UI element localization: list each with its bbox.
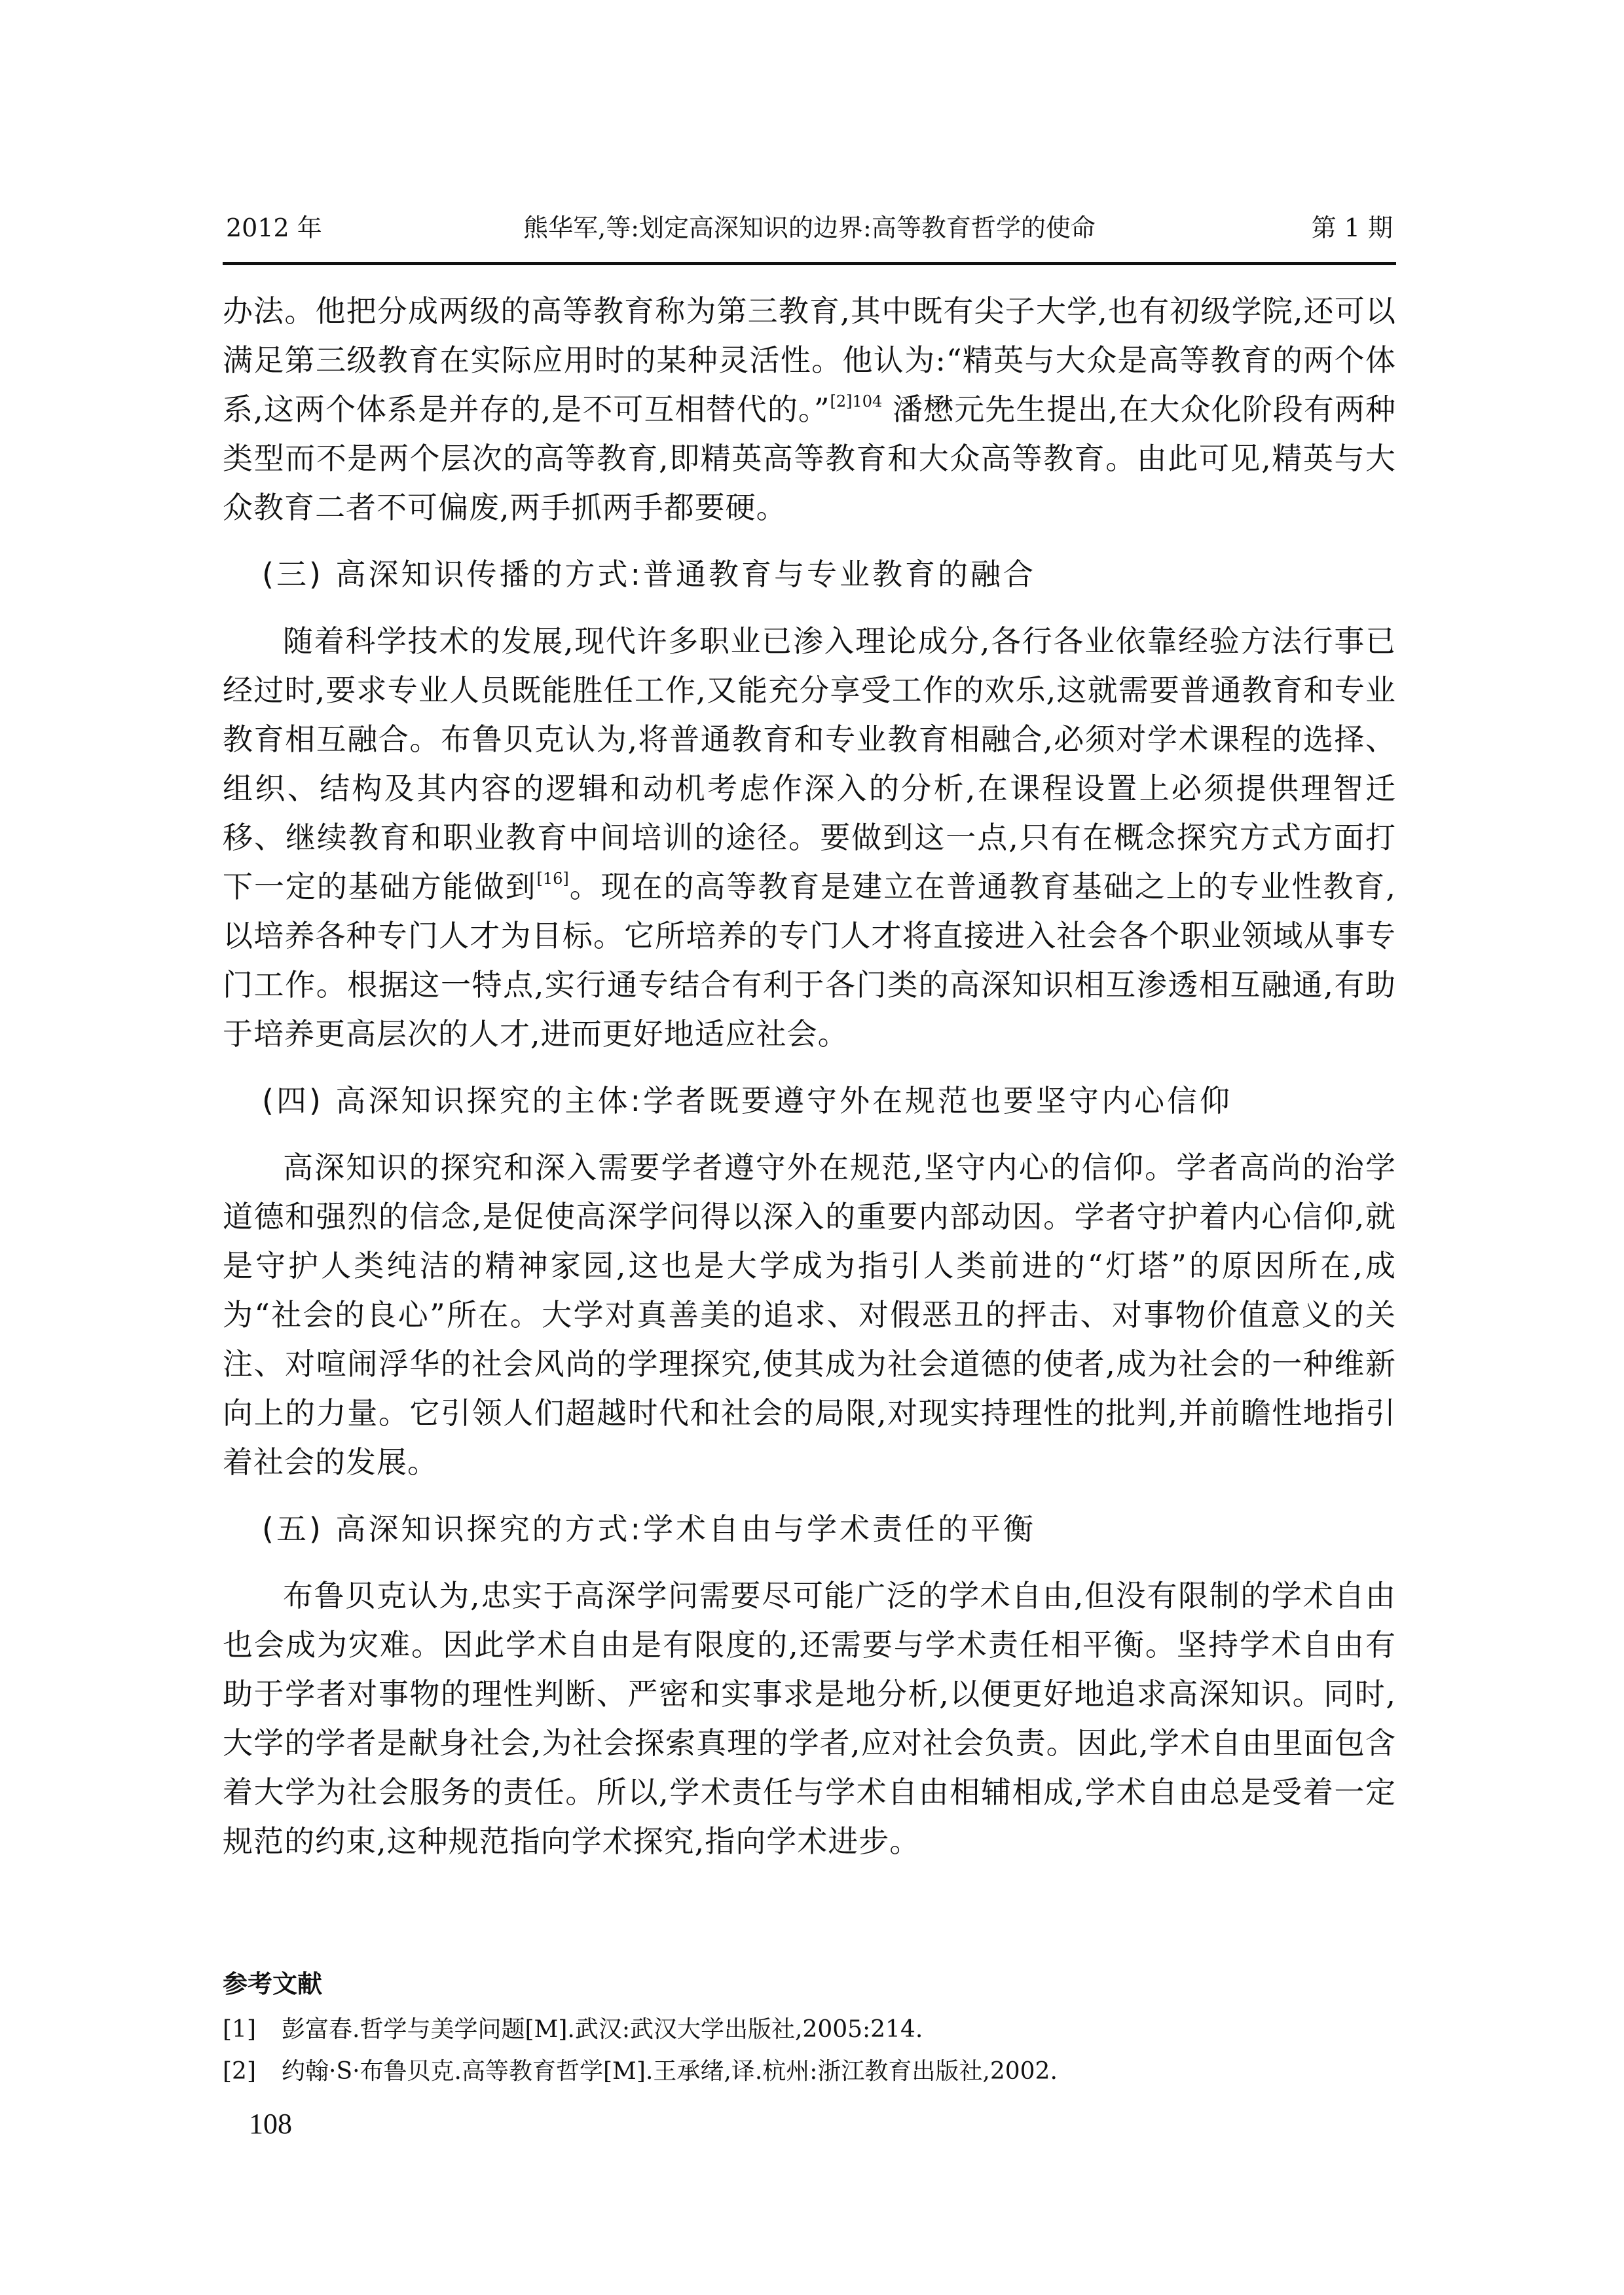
header-issue: 第 1 期 (1312, 208, 1393, 248)
references-title: 参考文献 (223, 1964, 1396, 2004)
section-heading-4: (四) 高深知识探究的主体:学者既要遵守外在规范也要坚守内心信仰 (223, 1076, 1396, 1126)
reference-item: [2]约翰·S·布鲁贝克.高等教育哲学[M].王承绪,译.杭州:浙江教育出版社,… (223, 2051, 1396, 2093)
reference-number: [1] (223, 2009, 282, 2051)
page-number: 108 (249, 2107, 292, 2140)
header-rule (223, 262, 1396, 265)
citation-marker: [16] (537, 870, 569, 888)
reference-number: [2] (223, 2051, 282, 2093)
article-body: 办法。他把分成两级的高等教育称为第三教育,其中既有尖子大学,也有初级学院,还可以… (223, 287, 1396, 1866)
paragraph-2: 随着科学技术的发展,现代许多职业已渗入理论成分,各行各业依靠经验方法行事已经过时… (223, 617, 1396, 1059)
reference-text: 约翰·S·布鲁贝克.高等教育哲学[M].王承绪,译.杭州:浙江教育出版社,200… (282, 2058, 1058, 2085)
reference-item: [1]彭富春.哲学与美学问题[M].武汉:武汉大学出版社,2005:214. (223, 2009, 1396, 2051)
paragraph-3: 高深知识的探究和深入需要学者遵守外在规范,坚守内心的信仰。学者高尚的治学道德和强… (223, 1143, 1396, 1487)
header-running-title: 熊华军,等:划定高深知识的边界:高等教育哲学的使命 (223, 208, 1396, 248)
references-section: 参考文献 [1]彭富春.哲学与美学问题[M].武汉:武汉大学出版社,2005:2… (223, 1964, 1396, 2093)
paragraph-text: 随着科学技术的发展,现代许多职业已渗入理论成分,各行各业依靠经验方法行事已经过时… (223, 623, 1396, 904)
reference-text: 彭富春.哲学与美学问题[M].武汉:武汉大学出版社,2005:214. (282, 2016, 923, 2043)
running-header: 2012 年 熊华军,等:划定高深知识的边界:高等教育哲学的使命 第 1 期 (223, 208, 1396, 248)
section-heading-3: (三) 高深知识传播的方式:普通教育与专业教育的融合 (223, 550, 1396, 599)
citation-marker: [2]104 (830, 392, 883, 411)
section-heading-5: (五) 高深知识探究的方式:学术自由与学术责任的平衡 (223, 1505, 1396, 1554)
paragraph-4: 布鲁贝克认为,忠实于高深学问需要尽可能广泛的学术自由,但没有限制的学术自由也会成… (223, 1571, 1396, 1866)
paragraph-1: 办法。他把分成两级的高等教育称为第三教育,其中既有尖子大学,也有初级学院,还可以… (223, 287, 1396, 532)
